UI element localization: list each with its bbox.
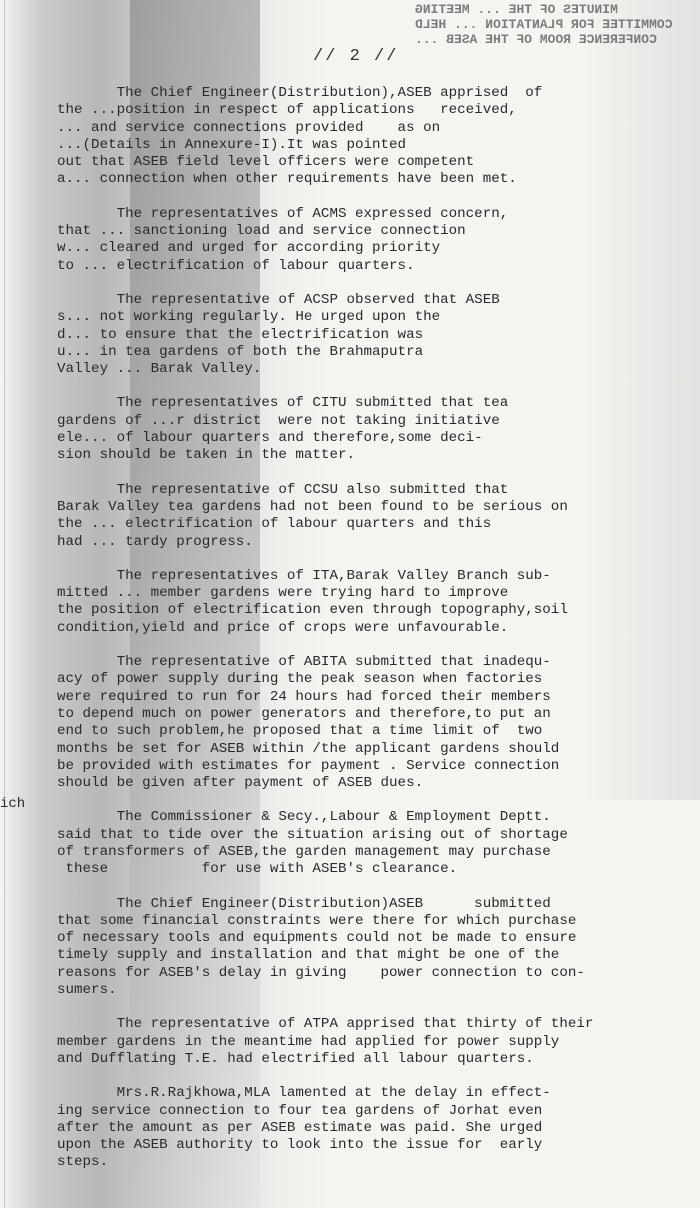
text-line: gardens of ...r district were not taking…	[57, 413, 697, 430]
text-line: The representatives of CITU submitted th…	[57, 395, 697, 412]
text-line: reasons for ASEB's delay in giving power…	[57, 965, 697, 982]
text-line: had ... tardy progress.	[57, 534, 697, 551]
text-line: steps.	[57, 1154, 697, 1171]
text-line: that ... sanctioning load and service co…	[57, 223, 697, 240]
text-line: be provided with estimates for payment .…	[57, 758, 697, 775]
text-line: acy of power supply during the peak seas…	[57, 671, 697, 688]
text-line: The representative of ATPA apprised that…	[57, 1016, 697, 1033]
margin-note: ich	[0, 796, 25, 812]
text-line: Barak Valley tea gardens had not been fo…	[57, 499, 697, 516]
paragraph: The Chief Engineer(Distribution)ASEB sub…	[57, 896, 697, 1000]
text-line: of necessary tools and equipments could …	[57, 930, 697, 947]
text-line: s... not working regularly. He urged upo…	[57, 309, 697, 326]
text-line: after the amount as per ASEB estimate wa…	[57, 1120, 697, 1137]
bleed-line: COMMITTEE FOR PLANTATION ... HELD	[415, 17, 672, 32]
paragraph: The Chief Engineer(Distribution),ASEB ap…	[57, 85, 697, 189]
paragraph: The representative of ACSP observed that…	[57, 292, 697, 378]
text-line: Mrs.R.Rajkhowa,MLA lamented at the delay…	[57, 1085, 697, 1102]
paragraph: The Commissioner & Secy.,Labour & Employ…	[57, 809, 697, 878]
bleed-through-header: MINUTES OF THE ... MEETING COMMITTEE FOR…	[415, 2, 672, 47]
text-line: to ... electrification of labour quarter…	[57, 258, 697, 275]
text-line: timely supply and installation and that …	[57, 947, 697, 964]
text-line: sumers.	[57, 982, 697, 999]
text-line: these for use with ASEB's clearance.	[57, 861, 697, 878]
text-line: mitted ... member gardens were trying ha…	[57, 585, 697, 602]
text-line: that some financial constraints were the…	[57, 913, 697, 930]
text-line: The representatives of ACMS expressed co…	[57, 206, 697, 223]
text-line: sion should be taken in the matter.	[57, 447, 697, 464]
text-line: and Dufflating T.E. had electrified all …	[57, 1051, 697, 1068]
text-line: a... connection when other requirements …	[57, 171, 697, 188]
text-line: of transformers of ASEB,the garden manag…	[57, 844, 697, 861]
text-line: ...(Details in Annexure-I).It was pointe…	[57, 137, 697, 154]
text-line: said that to tide over the situation ari…	[57, 827, 697, 844]
text-line: Valley ... Barak Valley.	[57, 361, 697, 378]
text-line: were required to run for 24 hours had fo…	[57, 689, 697, 706]
text-line: The Chief Engineer(Distribution),ASEB ap…	[57, 85, 697, 102]
text-line: months be set for ASEB within /the appli…	[57, 741, 697, 758]
paragraph: The representative of ABITA submitted th…	[57, 654, 697, 792]
page-edge-line	[4, 0, 5, 1208]
text-line: the ...position in respect of applicatio…	[57, 102, 697, 119]
text-line: w... cleared and urged for according pri…	[57, 240, 697, 257]
text-line: condition,yield and price of crops were …	[57, 620, 697, 637]
text-line: end to such problem,he proposed that a t…	[57, 723, 697, 740]
bleed-line: CONFERENCE ROOM OF THE ASEB ...	[415, 32, 672, 47]
text-line: the position of electrification even thr…	[57, 602, 697, 619]
text-line: the ... electrification of labour quarte…	[57, 516, 697, 533]
text-line: out that ASEB field level officers were …	[57, 154, 697, 171]
text-line: to depend much on power generators and t…	[57, 706, 697, 723]
text-line: The representatives of ITA,Barak Valley …	[57, 568, 697, 585]
paragraph: The representative of ATPA apprised that…	[57, 1016, 697, 1068]
text-line: ele... of labour quarters and therefore,…	[57, 430, 697, 447]
text-line: The Chief Engineer(Distribution)ASEB sub…	[57, 896, 697, 913]
paragraph: The representative of CCSU also submitte…	[57, 482, 697, 551]
text-line: should be given after payment of ASEB du…	[57, 775, 697, 792]
text-line: member gardens in the meantime had appli…	[57, 1034, 697, 1051]
paragraph: The representatives of ITA,Barak Valley …	[57, 568, 697, 637]
text-line: The representative of CCSU also submitte…	[57, 482, 697, 499]
text-line: u... in tea gardens of both the Brahmapu…	[57, 344, 697, 361]
text-line: ing service connection to four tea garde…	[57, 1103, 697, 1120]
text-line: upon the ASEB authority to look into the…	[57, 1137, 697, 1154]
text-line: d... to ensure that the electrification …	[57, 327, 697, 344]
paragraph: The representatives of ACMS expressed co…	[57, 206, 697, 275]
text-line: ... and service connections provided as …	[57, 120, 697, 137]
text-line: The Commissioner & Secy.,Labour & Employ…	[57, 809, 697, 826]
document-body: The Chief Engineer(Distribution),ASEB ap…	[57, 85, 697, 1189]
paragraph: The representatives of CITU submitted th…	[57, 395, 697, 464]
text-line: The representative of ABITA submitted th…	[57, 654, 697, 671]
paragraph: Mrs.R.Rajkhowa,MLA lamented at the delay…	[57, 1085, 697, 1171]
text-line: The representative of ACSP observed that…	[57, 292, 697, 309]
bleed-line: MINUTES OF THE ... MEETING	[415, 2, 672, 17]
page-number: // 2 //	[313, 47, 398, 66]
